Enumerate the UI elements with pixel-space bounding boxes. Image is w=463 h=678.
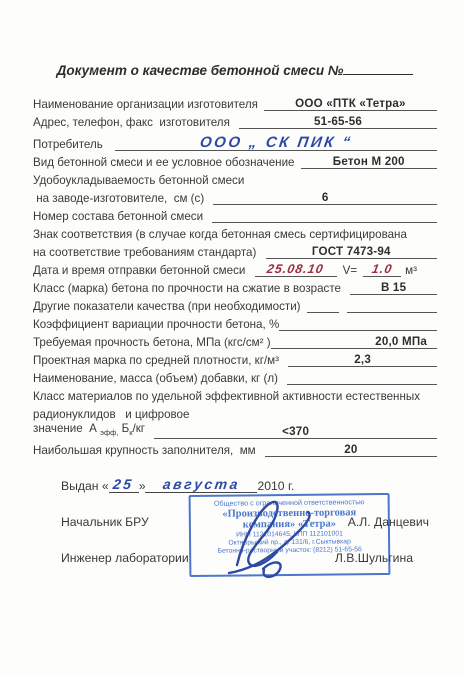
signer-role: Инженер лаборатории	[61, 551, 189, 565]
field-line: Бетон М 200	[301, 155, 438, 169]
field-value: 6	[322, 191, 329, 204]
field-line: ООО «ПТК «Тетра»	[264, 97, 437, 111]
field-line: ООО „ СК ПИК “	[115, 135, 437, 151]
form-row-strength-class: Класс (марка) бетона по прочности на сжа…	[33, 277, 437, 295]
field-label: Требуемая прочность бетона, МПа (кгс/см²…	[33, 336, 271, 349]
static-text: Удобоукладываемость бетонной смеси	[33, 174, 244, 187]
signer-name: А.Л. Данцевич	[348, 515, 429, 529]
field-label: Коэффициент вариации прочности бетона, %	[33, 318, 279, 331]
signature-row-chief: Начальник БРУ А.Л. Данцевич	[61, 515, 429, 529]
field-value: ООО «ПТК «Тетра»	[295, 97, 406, 110]
field-line: В 15	[350, 281, 437, 295]
field-label: на соответствие требованиям стандарта)	[33, 246, 260, 259]
field-label: на заводе-изготовителе, см (с)	[33, 192, 207, 205]
field-line-blank	[347, 312, 437, 313]
issued-prefix: Выдан «	[61, 479, 109, 493]
field-line: 1.0	[363, 263, 401, 277]
signature-row-engineer: Инженер лаборатории Л.В.Шульгина	[61, 551, 429, 565]
document-page: Документ о качестве бетонной смеси № Наи…	[0, 0, 463, 678]
form-row-radionuclide-caption1: Класс материалов по удельной эффективной…	[33, 385, 437, 403]
field-label: Адрес, телефон, факс изготовителя	[33, 116, 233, 129]
issued-year: 2010 г.	[257, 479, 294, 493]
field-label: Дата и время отправки бетонной смеси	[33, 264, 249, 277]
form-row-conformity-caption: Знак соответствия (в случае когда бетонн…	[33, 223, 437, 241]
static-text: Знак соответствия (в случае когда бетонн…	[33, 228, 407, 241]
field-label: значение А эфф, Бк/кг	[33, 422, 148, 439]
field-value: 20,0 МПа	[271, 335, 437, 348]
field-line: 6	[213, 191, 437, 205]
field-label: Проектная марка по средней плотности, кг…	[33, 354, 282, 367]
document-title: Документ о качестве бетонной смеси №	[33, 62, 437, 78]
volume-label: V=	[343, 264, 358, 277]
field-line: 20	[265, 443, 437, 457]
form-row-workability-value: на заводе-изготовителе, см (с) 6	[33, 187, 437, 205]
document-title-text: Документ о качестве бетонной смеси №	[57, 63, 344, 78]
field-label: Потребитель	[33, 138, 109, 151]
form-row-address-phone: Адрес, телефон, факс изготовителя 51-65-…	[33, 111, 437, 129]
field-value: 2,3	[354, 353, 371, 366]
field-label: Другие показатели качества (при необходи…	[33, 300, 301, 313]
handwritten-volume: 1.0	[371, 263, 394, 275]
static-text: радионуклидов и цифровое	[33, 408, 189, 421]
form-row-manufacturer: Наименование организации изготовителя ОО…	[33, 93, 437, 111]
field-line-blank	[287, 384, 437, 385]
field-value: <370	[282, 425, 309, 438]
field-label: Вид бетонной смеси и ее условное обознач…	[33, 156, 295, 169]
field-line-blank	[307, 312, 339, 313]
field-value: ГОСТ 7473-94	[312, 245, 391, 258]
volume-unit: м³	[405, 264, 417, 277]
field-line: 20,0 МПа	[271, 335, 437, 349]
issued-date-line: Выдан « 25 » августа 2010 г.	[61, 473, 437, 493]
form-row-radionuclide-caption2: радионуклидов и цифровое	[33, 403, 437, 421]
field-value: 51-65-56	[314, 115, 362, 128]
issued-close: »	[139, 479, 146, 493]
form-row-variation-coeff: Коэффициент вариации прочности бетона, %	[33, 313, 437, 331]
field-line: 25.08.10	[255, 263, 337, 277]
field-label: Класс (марка) бетона по прочности на сжа…	[33, 282, 344, 295]
field-value: В 15	[381, 281, 406, 294]
document-number-blank	[343, 62, 413, 75]
field-value: 20	[344, 443, 357, 456]
field-line: 51-65-56	[239, 115, 437, 129]
field-label: Наименование, масса (объем) добавки, кг …	[33, 372, 281, 385]
field-label: Номер состава бетонной смеси	[33, 210, 206, 223]
form-row-required-strength: Требуемая прочность бетона, МПа (кгс/см²…	[33, 331, 437, 349]
form-row-mix-number: Номер состава бетонной смеси	[33, 205, 437, 223]
issued-day-slot: 25	[109, 478, 139, 493]
form-row-max-aggregate: Наибольшая крупность заполнителя, мм 20	[33, 439, 437, 457]
signer-role: Начальник БРУ	[61, 515, 149, 529]
form-row-aeff-value: значение А эфф, Бк/кг <370	[33, 421, 437, 439]
form-row-other-quality: Другие показатели качества (при необходи…	[33, 295, 437, 313]
form-row-consumer: Потребитель ООО „ СК ПИК “	[33, 129, 437, 151]
field-label: Наименование организации изготовителя	[33, 98, 258, 111]
issued-month-slot: августа	[145, 478, 257, 493]
handwritten-day: 25	[112, 478, 134, 491]
handwritten-consumer: ООО „ СК ПИК “	[199, 135, 354, 150]
handwritten-date: 25.08.10	[266, 263, 325, 275]
form-row-additive: Наименование, масса (объем) добавки, кг …	[33, 367, 437, 385]
field-line: 2,3	[288, 353, 437, 367]
field-label: Наибольшая крупность заполнителя, мм	[33, 444, 259, 457]
static-text: Класс материалов по удельной эффективной…	[33, 390, 420, 403]
field-value: Бетон М 200	[333, 155, 405, 168]
handwritten-month: августа	[162, 478, 241, 491]
signer-name: Л.В.Шульгина	[335, 551, 413, 565]
form-row-density-grade: Проектная марка по средней плотности, кг…	[33, 349, 437, 367]
form-row-workability-caption: Удобоукладываемость бетонной смеси	[33, 169, 437, 187]
field-line-blank	[279, 330, 437, 331]
form-row-conformity-value: на соответствие требованиям стандарта) Г…	[33, 241, 437, 259]
field-line: ГОСТ 7473-94	[266, 245, 437, 259]
form-row-dispatch-date: Дата и время отправки бетонной смеси 25.…	[33, 259, 437, 277]
field-line-blank	[212, 222, 437, 223]
field-line: <370	[154, 425, 437, 439]
form-row-mix-type: Вид бетонной смеси и ее условное обознач…	[33, 151, 437, 169]
